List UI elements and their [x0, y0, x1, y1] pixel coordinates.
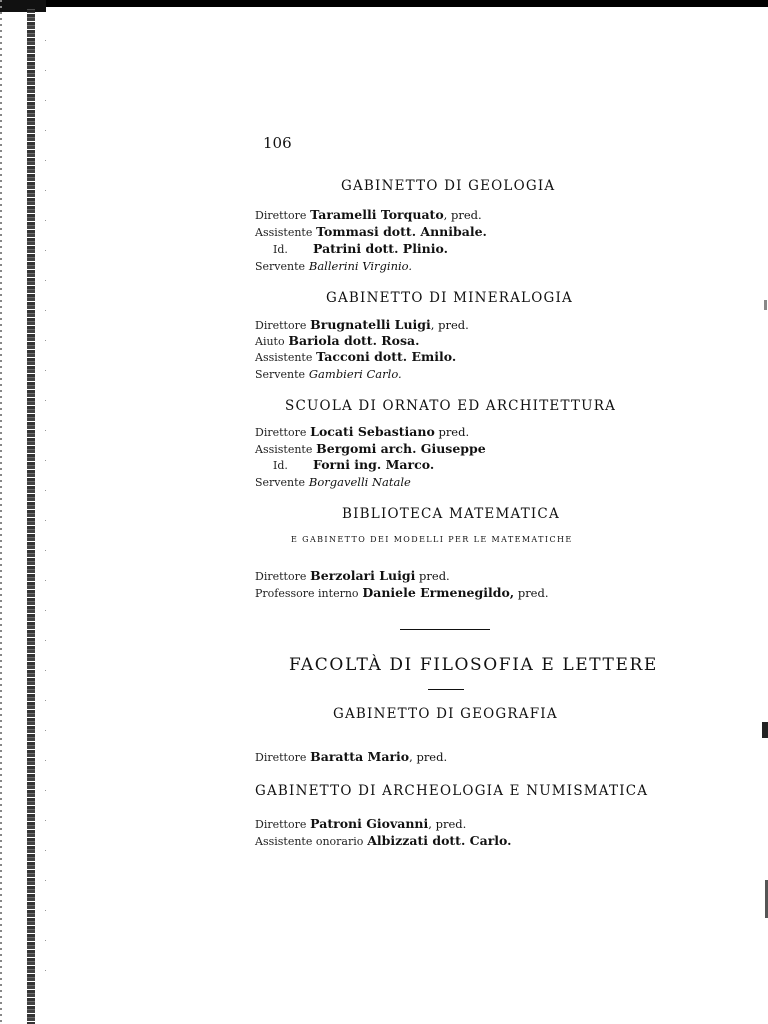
scan-noise — [45, 40, 46, 1000]
entry-line: Servente Borgavelli Natale — [255, 474, 411, 491]
entry-name: Patrini dott. Plinio. — [313, 241, 448, 256]
entry-name: Baratta Mario — [310, 749, 409, 764]
entry-role: Id. — [255, 242, 313, 258]
entry-name: Ballerini Virginio. — [309, 259, 412, 273]
entry-suffix: pred. — [415, 569, 449, 583]
entry-line: Assistente onorario Albizzati dott. Carl… — [255, 833, 512, 850]
entry-name: Albizzati dott. Carlo. — [367, 833, 511, 848]
section-divider — [400, 629, 490, 630]
entry-name: Borgavelli Natale — [309, 475, 411, 489]
book-spine-shadow — [27, 6, 35, 1024]
entry-line: Id.Forni ing. Marco. — [255, 457, 434, 474]
section-title-geologia: GABINETTO DI GEOLOGIA — [341, 178, 555, 194]
entry-line: Professore interno Daniele Ermenegildo, … — [255, 585, 549, 602]
entry-line: Servente Gambieri Carlo. — [255, 366, 402, 383]
entry-name: Taramelli Torquato — [310, 207, 444, 222]
entry-role: Assistente — [255, 351, 312, 364]
entry-line: Assistente Tacconi dott. Emilo. — [255, 349, 456, 366]
entry-role: Direttore — [255, 426, 306, 439]
entry-suffix: , pred. — [428, 817, 466, 831]
scan-mark — [762, 722, 768, 738]
entry-name: Bariola dott. Rosa. — [288, 333, 419, 348]
entry-role: Aiuto — [255, 335, 285, 348]
page-number: 106 — [263, 134, 292, 152]
section-title-geografia: GABINETTO DI GEOGRAFIA — [333, 706, 558, 722]
entry-role: Assistente onorario — [255, 835, 363, 848]
faculty-divider — [428, 689, 464, 690]
entry-name: Gambieri Carlo. — [309, 367, 402, 381]
entry-line: Direttore Baratta Mario, pred. — [255, 749, 447, 766]
section-title-ornato: SCUOLA DI ORNATO ED ARCHITETTURA — [285, 398, 616, 414]
entry-line: Id.Patrini dott. Plinio. — [255, 241, 448, 258]
entry-role: Direttore — [255, 751, 306, 764]
entry-name: Brugnatelli Luigi — [310, 317, 431, 332]
entry-role: Servente — [255, 260, 305, 273]
scan-mark — [764, 300, 767, 310]
entry-role: Direttore — [255, 319, 306, 332]
entry-line: Direttore Brugnatelli Luigi, pred. — [255, 317, 469, 334]
entry-role: Servente — [255, 476, 305, 489]
entry-name: Tacconi dott. Emilo. — [316, 349, 456, 364]
entry-role: Id. — [255, 458, 313, 474]
entry-name: Bergomi arch. Giuseppe — [316, 441, 486, 456]
entry-name: Daniele Ermenegildo, — [362, 585, 514, 600]
entry-role: Direttore — [255, 818, 306, 831]
entry-line: Aiuto Bariola dott. Rosa. — [255, 333, 420, 350]
section-title-biblioteca: BIBLIOTECA MATEMATICA — [342, 506, 560, 522]
entry-line: Assistente Tommasi dott. Annibale. — [255, 224, 487, 241]
entry-line: Servente Ballerini Virginio. — [255, 258, 412, 275]
entry-suffix: , pred. — [409, 750, 447, 764]
section-title-mineralogia: GABINETTO DI MINERALOGIA — [326, 290, 573, 306]
scan-top-edge — [40, 0, 768, 7]
entry-role: Direttore — [255, 570, 306, 583]
section-title-archeologia: GABINETTO DI ARCHEOLOGIA E NUMISMATICA — [255, 783, 648, 799]
entry-suffix: pred. — [435, 425, 469, 439]
entry-line: Direttore Patroni Giovanni, pred. — [255, 816, 466, 833]
entry-line: Direttore Berzolari Luigi pred. — [255, 568, 450, 585]
entry-name: Patroni Giovanni — [310, 816, 428, 831]
entry-name: Berzolari Luigi — [310, 568, 415, 583]
entry-name: Tommasi dott. Annibale. — [316, 224, 487, 239]
section-subtitle-biblioteca: E GABINETTO DEI MODELLI PER LE MATEMATIC… — [291, 535, 573, 544]
entry-line: Assistente Bergomi arch. Giuseppe — [255, 441, 486, 458]
entry-line: Direttore Locati Sebastiano pred. — [255, 424, 469, 441]
entry-suffix: pred. — [514, 586, 548, 600]
scan-corner-shadow — [0, 0, 46, 12]
entry-suffix: , pred. — [444, 208, 482, 222]
entry-role: Assistente — [255, 443, 312, 456]
entry-name: Locati Sebastiano — [310, 424, 435, 439]
entry-name: Forni ing. Marco. — [313, 457, 434, 472]
faculty-title: FACOLTÀ DI FILOSOFIA E LETTERE — [289, 655, 658, 675]
entry-role: Assistente — [255, 226, 312, 239]
entry-line: Direttore Taramelli Torquato, pred. — [255, 207, 482, 224]
entry-role: Professore interno — [255, 587, 359, 600]
scan-left-edge — [0, 0, 2, 1024]
entry-role: Servente — [255, 368, 305, 381]
entry-suffix: , pred. — [431, 318, 469, 332]
entry-role: Direttore — [255, 209, 306, 222]
